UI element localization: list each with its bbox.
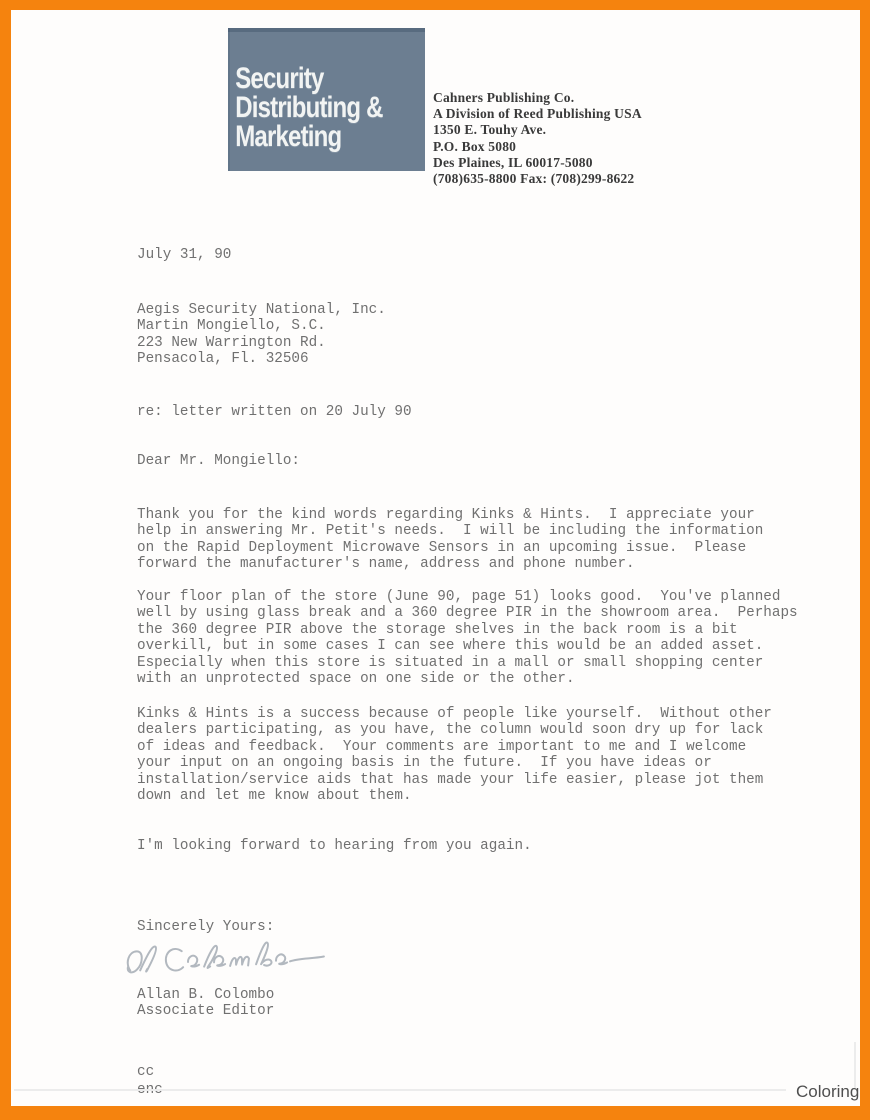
publisher-pobox: P.O. Box 5080 — [433, 139, 642, 155]
sdm-magazine-logo: Security Distributing & Marketing — [228, 28, 425, 171]
subject-line: re: letter written on 20 July 90 — [137, 404, 412, 420]
publisher-block: Cahners Publishing Co. A Division of Ree… — [433, 90, 642, 187]
signature-stroke-olombo — [188, 942, 288, 969]
publisher-phone-fax: (708)635-8800 Fax: (708)299-8622 — [433, 171, 642, 187]
publisher-company: Cahners Publishing Co. — [433, 90, 642, 106]
signature-stroke-c — [166, 949, 184, 971]
publisher-street: 1350 E. Touhy Ave. — [433, 122, 642, 138]
recipient-address: Aegis Security National, Inc. Martin Mon… — [137, 302, 386, 368]
scan-page-bottom-edge — [14, 1089, 786, 1091]
logo-line-distributing: Distributing & — [235, 93, 385, 122]
letter-date: July 31, 90 — [137, 247, 231, 263]
salutation: Dear Mr. Mongiello: — [137, 453, 300, 469]
closing-line: I'm looking forward to hearing from you … — [137, 838, 532, 854]
logo-text: Security Distributing & Marketing — [228, 28, 386, 151]
publisher-city: Des Plaines, IL 60017-5080 — [433, 155, 642, 171]
signature-image — [119, 931, 335, 991]
body-paragraph-2: Your floor plan of the store (June 90, p… — [137, 589, 798, 687]
body-paragraph-3: Kinks & Hints is a success because of pe… — [137, 706, 772, 804]
signature-stroke-al — [127, 946, 156, 972]
publisher-division: A Division of Reed Publishing USA — [433, 106, 642, 122]
sender-name-title: Allan B. Colombo Associate Editor — [137, 987, 274, 1020]
orange-frame: Security Distributing & Marketing Cahner… — [0, 0, 870, 1120]
coloring-watermark: Coloring — [796, 1082, 859, 1102]
cc-notation: cc — [137, 1064, 154, 1080]
signature-stroke-dash — [290, 956, 324, 961]
logo-line-marketing: Marketing — [235, 122, 385, 151]
logo-line-security: Security — [235, 64, 385, 93]
body-paragraph-1: Thank you for the kind words regarding K… — [137, 507, 763, 573]
